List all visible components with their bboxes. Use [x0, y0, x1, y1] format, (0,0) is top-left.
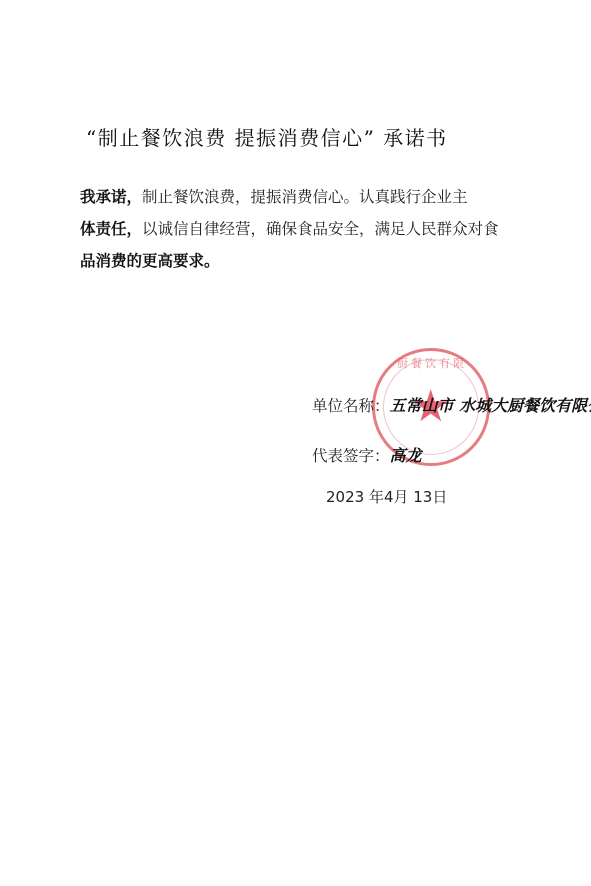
normal-text: 制止餐饮浪费，提振消费信心。认真践行企业主 — [142, 188, 468, 206]
signing-date: 2023 年4月 13日 — [326, 486, 447, 507]
bold-text: 我承诺， — [80, 187, 142, 206]
normal-text: 以诚信自律经营，确保食品安全，满足人民群众对食 — [142, 220, 499, 238]
document-title: “制止餐饮浪费 提振消费信心” 承诺书 — [86, 122, 448, 151]
paragraph-line-3: 品消费的更高要求。 — [80, 245, 520, 277]
representative-label: 代表签字： — [312, 447, 390, 465]
seal-arc-text: 厨餐饮有限 — [397, 355, 467, 371]
unit-name-label: 单位名称： — [312, 397, 390, 415]
paragraph-line-2: 体责任，以诚信自律经营，确保食品安全，满足人民群众对食 — [80, 213, 520, 245]
bold-text: 品消费的更高要求。 — [80, 251, 220, 270]
representative-signature: 高龙 — [390, 446, 422, 465]
unit-name-handwritten: 五常山市 水城大厨餐饮有限公司 — [390, 396, 591, 415]
bold-text: 体责任， — [80, 219, 142, 238]
unit-name-field: 单位名称：五常山市 水城大厨餐饮有限公司 — [312, 393, 591, 416]
commitment-paragraph: 我承诺，制止餐饮浪费，提振消费信心。认真践行企业主 体责任，以诚信自律经营，确保… — [80, 181, 520, 277]
representative-field: 代表签字：高龙 — [312, 443, 422, 466]
paragraph-line-1: 我承诺，制止餐饮浪费，提振消费信心。认真践行企业主 — [80, 181, 520, 213]
